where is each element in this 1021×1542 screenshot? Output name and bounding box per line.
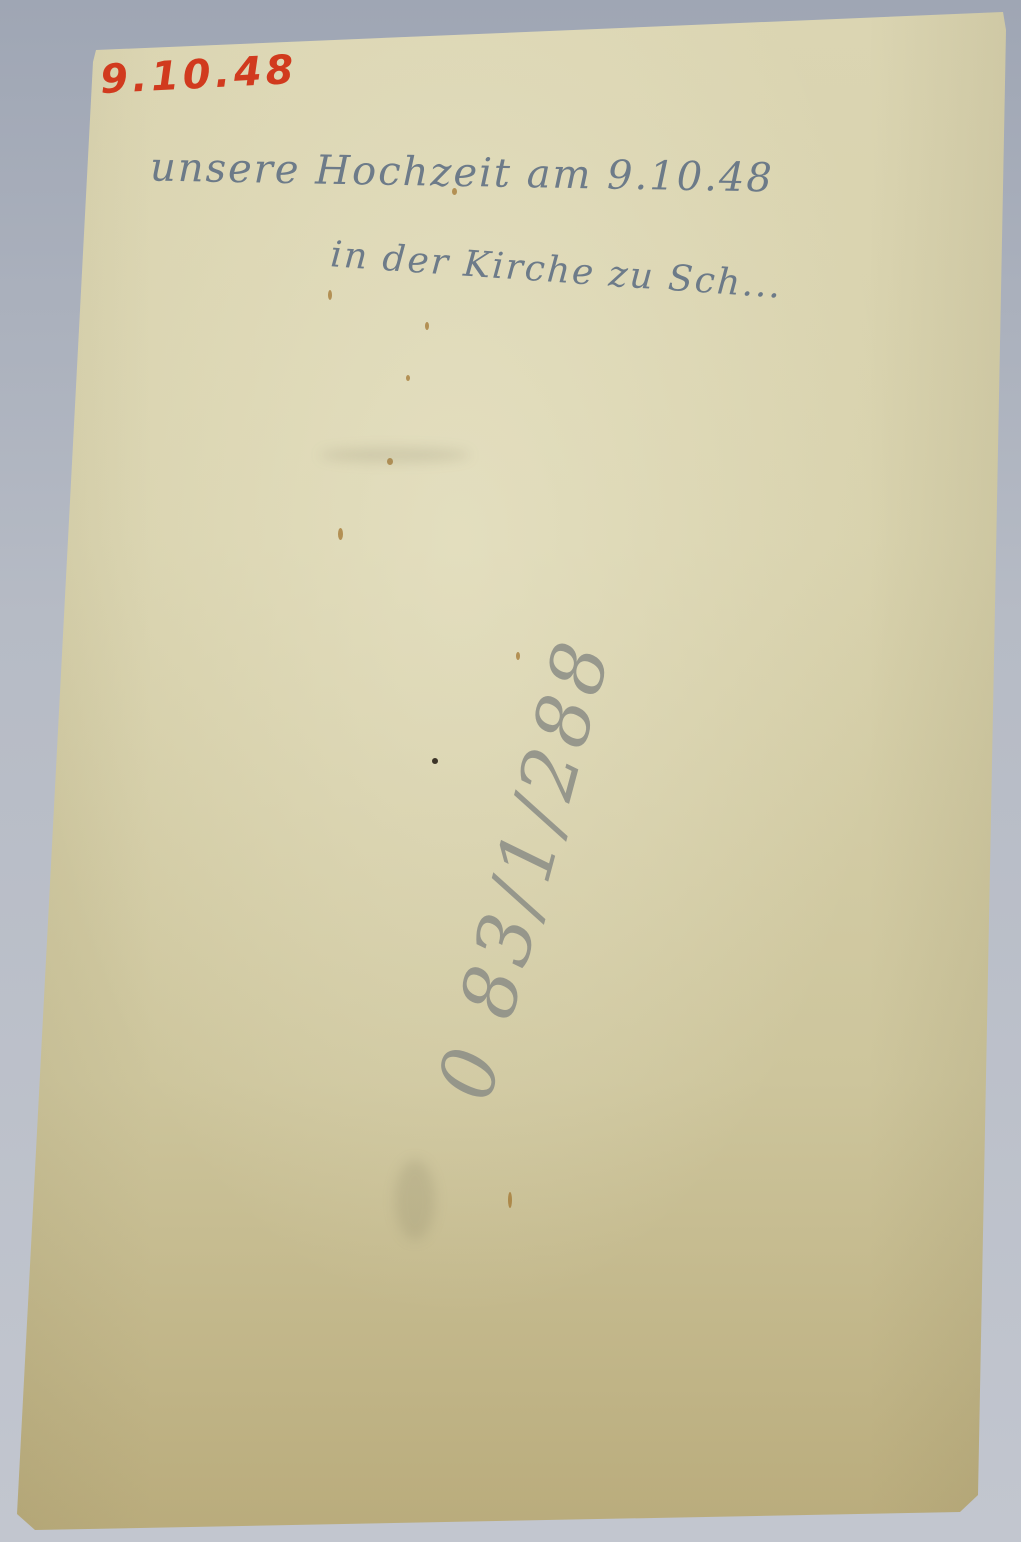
smudge — [395, 1160, 435, 1240]
stain-spot — [432, 758, 438, 764]
stain-spot — [516, 652, 520, 660]
stain-spot — [338, 528, 343, 540]
photo-card-back: 9.10.48 unsere Hochzeit am 9.10.48 in de… — [0, 0, 1021, 1542]
stain-spot — [452, 188, 457, 195]
stain-spot — [406, 375, 410, 381]
smudge — [320, 448, 470, 462]
stain-spot — [508, 1192, 512, 1208]
stain-spot — [425, 322, 429, 330]
stain-spot — [328, 290, 332, 300]
